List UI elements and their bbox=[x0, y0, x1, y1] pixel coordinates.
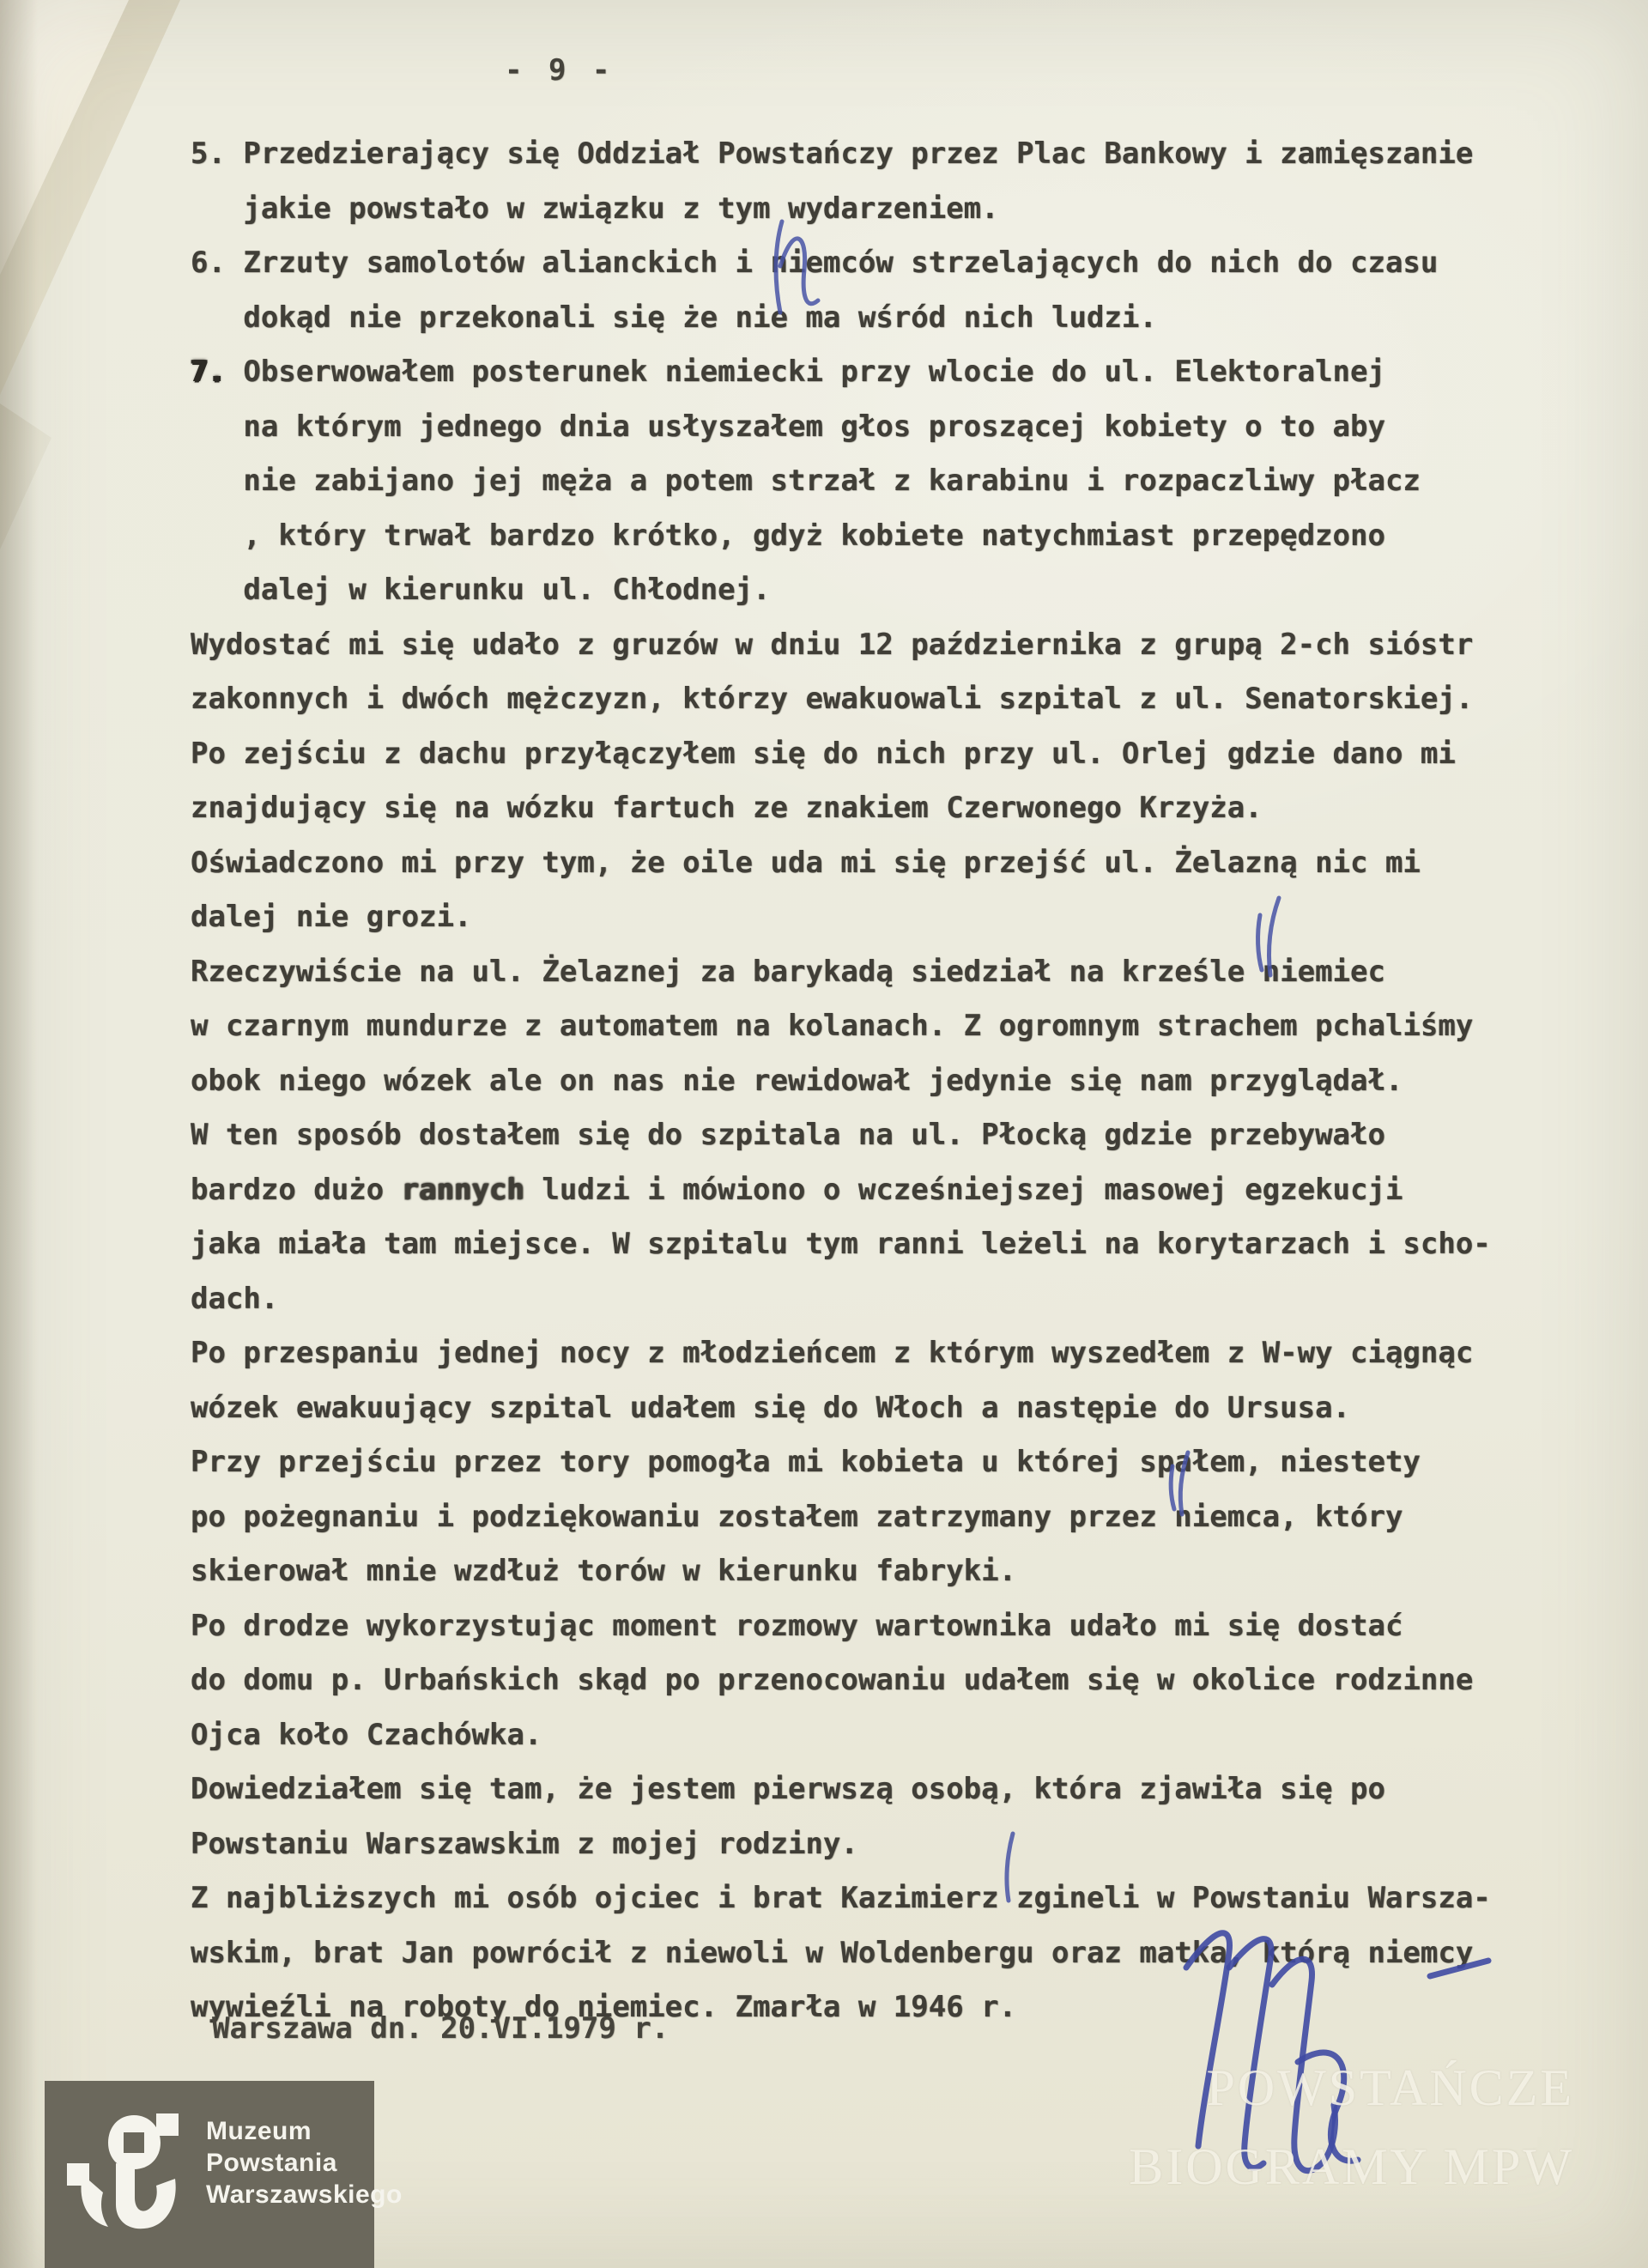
typewritten-text-block: 5. Przedzierający się Oddział Powstańczy… bbox=[191, 127, 1555, 2035]
pen-correction-mark-niemiec bbox=[1250, 893, 1294, 982]
text-line: skierował mnie wzdłuż torów w kierunku f… bbox=[191, 1544, 1555, 1599]
text-line: W ten sposób dostałem się do szpitala na… bbox=[191, 1108, 1555, 1163]
text-line: Po zejściu z dachu przyłączyłem się do n… bbox=[191, 727, 1555, 782]
text-line: Wydostać mi się udało z gruzów w dniu 12… bbox=[191, 618, 1555, 673]
text-line: , który trwał bardzo krótko, gdyż kobiet… bbox=[191, 509, 1555, 564]
date-line: Warszawa dn. 20.VI.1979 r. bbox=[212, 2002, 669, 2056]
text-line: nie zabijano jej męża a potem strzał z k… bbox=[191, 454, 1555, 509]
text-line: Po drodze wykorzystując moment rozmowy w… bbox=[191, 1599, 1555, 1654]
text-line: Dowiedziałem się tam, że jestem pierwszą… bbox=[191, 1762, 1555, 1817]
text-segment: Obserwowałem posterunek niemiecki przy w… bbox=[226, 355, 1385, 389]
text-line: bardzo dużo rannych ludzi i mówiono o wc… bbox=[191, 1163, 1555, 1218]
text-line: Po przespaniu jednej nocy z młodzieńcem … bbox=[191, 1326, 1555, 1381]
text-line: dach. bbox=[191, 1272, 1555, 1327]
scanned-document-page: - 9 - 5. Przedzierający się Oddział Pows… bbox=[0, 0, 1648, 2268]
text-line: Ojca koło Czachówka. bbox=[191, 1708, 1555, 1763]
page-number: - 9 - bbox=[505, 53, 614, 88]
text-line: jaka miała tam miejsce. W szpitalu tym r… bbox=[191, 1217, 1555, 1272]
text-line: obok niego wózek ale on nas nie rewidowa… bbox=[191, 1054, 1555, 1109]
pen-correction-mark-niemca bbox=[1164, 1449, 1202, 1521]
text-line: na którym jednego dnia usłyszałem głos p… bbox=[191, 400, 1555, 455]
text-line: dokąd nie przekonali się że nie ma wśród… bbox=[191, 291, 1555, 346]
text-line: wózek ewakuujący szpital udałem się do W… bbox=[191, 1381, 1555, 1436]
text-line: Powstaniu Warszawskim z mojej rodziny. bbox=[191, 1817, 1555, 1872]
text-line: 5. Przedzierający się Oddział Powstańczy… bbox=[191, 127, 1555, 182]
text-line: 7. Obserwowałem posterunek niemiecki prz… bbox=[191, 345, 1555, 400]
text-line: do domu p. Urbańskich skąd po przenocowa… bbox=[191, 1653, 1555, 1708]
text-line: Przy przejściu przez tory pomogła mi kob… bbox=[191, 1435, 1555, 1490]
pen-correction-mark-niemcow bbox=[768, 213, 828, 324]
text-line: dalej nie grozi. bbox=[191, 890, 1555, 945]
text-line: po pożegnaniu i podziękowaniu zostałem z… bbox=[191, 1490, 1555, 1545]
logo-text-line: Muzeum bbox=[206, 2115, 403, 2147]
text-line: zakonnych i dwóch mężczyzn, którzy ewaku… bbox=[191, 672, 1555, 727]
text-line: dalej w kierunku ul. Chłodnej. bbox=[191, 563, 1555, 618]
watermark-line-2: BIOGRAMY MPW bbox=[1129, 2138, 1574, 2197]
logo-text-line: Warszawskiego bbox=[206, 2179, 403, 2210]
text-line: jakie powstało w związku z tym wydarzeni… bbox=[191, 182, 1555, 237]
text-line: 6. Zrzuty samolotów alianckich i niemców… bbox=[191, 236, 1555, 291]
text-segment: bardzo dużo bbox=[191, 1173, 402, 1207]
text-line: znajdujący się na wózku fartuch ze znaki… bbox=[191, 781, 1555, 836]
museum-logo: Muzeum Powstania Warszawskiego bbox=[45, 2081, 374, 2268]
kotwica-anchor-icon bbox=[64, 2108, 192, 2237]
museum-logo-text: Muzeum Powstania Warszawskiego bbox=[206, 2115, 403, 2210]
text-line: Oświadczono mi przy tym, że oile uda mi … bbox=[191, 836, 1555, 891]
pen-dash bbox=[1430, 1961, 1488, 1976]
text-line: Rzeczywiście na ul. Żelaznej za barykadą… bbox=[191, 945, 1555, 1000]
text-line: w czarnym mundurze z automatem na kolana… bbox=[191, 999, 1555, 1054]
text-segment: ludzi i mówiono o wcześniejszej masowej … bbox=[524, 1173, 1403, 1207]
paper-left-edge-shadow bbox=[0, 0, 38, 2268]
overtyped-word: rannych bbox=[402, 1173, 524, 1207]
overtyped-item-number: 7. bbox=[191, 355, 226, 389]
watermark-line-1: POWSTAŃCZE bbox=[1206, 2059, 1574, 2118]
logo-text-line: Powstania bbox=[206, 2147, 403, 2179]
pen-insert-mark-kazimierz bbox=[994, 1830, 1025, 1906]
